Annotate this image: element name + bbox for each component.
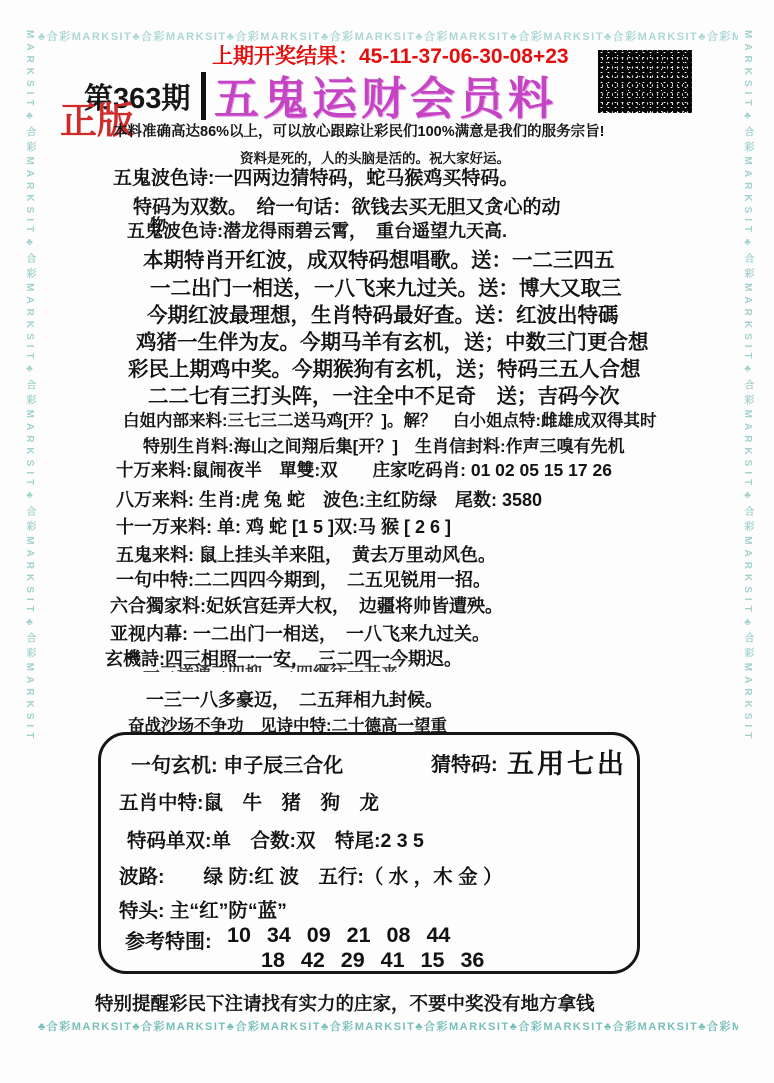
verse-line: 鸡猪一生伴为友。今期马羊有玄机，送；中数三门更合想: [136, 325, 649, 355]
verse-line: 彩民上期鸡中奖。今期猴狗有玄机，送；特码三五人合想: [128, 352, 641, 382]
tip-line: 十万来料:鼠闹夜半 單雙:双 庄家吃码肖: 01 02 05 15 17 26: [116, 457, 612, 482]
reference-numbers-line2: 18 42 29 41 15 36: [261, 948, 484, 973]
insider-line: 特别生肖料:海山之间翔后集[开？] 生肖信封料:作声三嗅有先机: [143, 432, 625, 457]
verse-line: 今期红波最理想，生肖特码最好查。送：红波出特碼: [147, 298, 619, 328]
tip-line: 五鬼来料: 鼠上挂头羊来阻， 黄去万里动风色。: [116, 541, 496, 567]
verse-line: 一二出门一相送，一八飞来九过关。送：博大又取三: [150, 271, 622, 301]
wave-path-row: 波路: 绿 防:红 波 五行:（ 水 ，木 金 ）: [119, 861, 503, 889]
tip-line: 十一万来料: 单: 鸡 蛇 [1 5 ]双:马 猴 [ 2 6 ]: [116, 513, 451, 539]
verse-line: 本期特肖开红波，成双特码想唱歌。送：一二三四五: [143, 243, 615, 273]
clipped-verse-line: 一三送通三四抑 三四继往一开来.: [143, 659, 403, 672]
page-title: 五鬼运财会员料: [214, 62, 557, 127]
tip-line: 一句中特:二二四四今期到， 二五见锐用一招。: [116, 566, 491, 592]
accuracy-slogan: 本料准确高达86%以上，可以放心跟踪让彩民们100%满意是我们的服务宗旨!: [113, 120, 604, 141]
five-zodiac-row: 五肖中特:鼠 牛 猪 狗 龙: [119, 787, 379, 815]
title-divider-bar: [201, 72, 206, 120]
prediction-box: 一句玄机: 申子辰三合化 猜特码: 五用七出 五肖中特:鼠 牛 猪 狗 龙 特码…: [98, 732, 640, 974]
reference-numbers-line1: 10 34 09 21 08 44: [227, 923, 450, 948]
footer-warning: 特别提醒彩民下注请找有实力的庄家，不要中奖没有地方拿钱: [95, 990, 595, 1016]
qr-noise-block: [598, 50, 692, 113]
watermark-bottom-row: ♣合彩MARKSIT♣合彩MARKSIT♣合彩MARKSIT♣合彩MARKSIT…: [38, 1018, 738, 1034]
verse-line: 一三一八多豪迈， 二五拜相九封候。: [146, 686, 443, 712]
verse-line: 特码为双数。 给一句话：欲钱去买无胆又贪心的动: [133, 192, 561, 219]
watermark-right-column: MARKSIT♣合彩MARKSIT♣合彩MARKSIT♣合彩MARKSIT♣合彩…: [740, 30, 755, 1040]
guess-special-label: 猜特码:: [431, 748, 498, 777]
tip-line: 八万来料: 生肖:虎 兔 蛇 波色:主红防绿 尾数: 3580: [116, 486, 542, 512]
tip-line: 六合獨家料:妃妖宫廷弄大权， 边疆将帅皆遭殃。: [110, 592, 503, 618]
verse-line: 二二七有三打头阵，一注全中不足奇 送；吉码今次: [148, 379, 620, 409]
tip-line: 亚视内幕: 一二出门一相送， 一八飞来九过关。: [110, 620, 490, 646]
watermark-left-column: MARKSIT♣合彩MARKSIT♣合彩MARKSIT♣合彩MARKSIT♣合彩…: [22, 30, 37, 1040]
verse-line: 五鬼波色诗:一四两边猜特码，蛇马猴鸡买特码。: [113, 163, 518, 190]
mystery-phrase: 一句玄机: 申子辰三合化: [131, 749, 343, 778]
verse-line: 五鬼波色诗:潜龙得雨碧云霄， 重台遥望九天高.: [127, 217, 507, 243]
odd-even-row: 特码单双:单 合数:双 特尾:2 3 5: [127, 825, 424, 853]
guess-special-value: 五用七出: [507, 742, 627, 781]
special-head-row: 特头: 主“红”防“蓝”: [119, 895, 287, 923]
insider-line: 白姐内部来料:三七三二送马鸡[开？]。解？ 白小姐点特:雌雄成双得其时: [123, 407, 656, 431]
reference-numbers-label: 参考特围:: [125, 925, 212, 954]
lottery-tip-sheet: ♣合彩MARKSIT♣合彩MARKSIT♣合彩MARKSIT♣合彩MARKSIT…: [0, 0, 774, 1083]
